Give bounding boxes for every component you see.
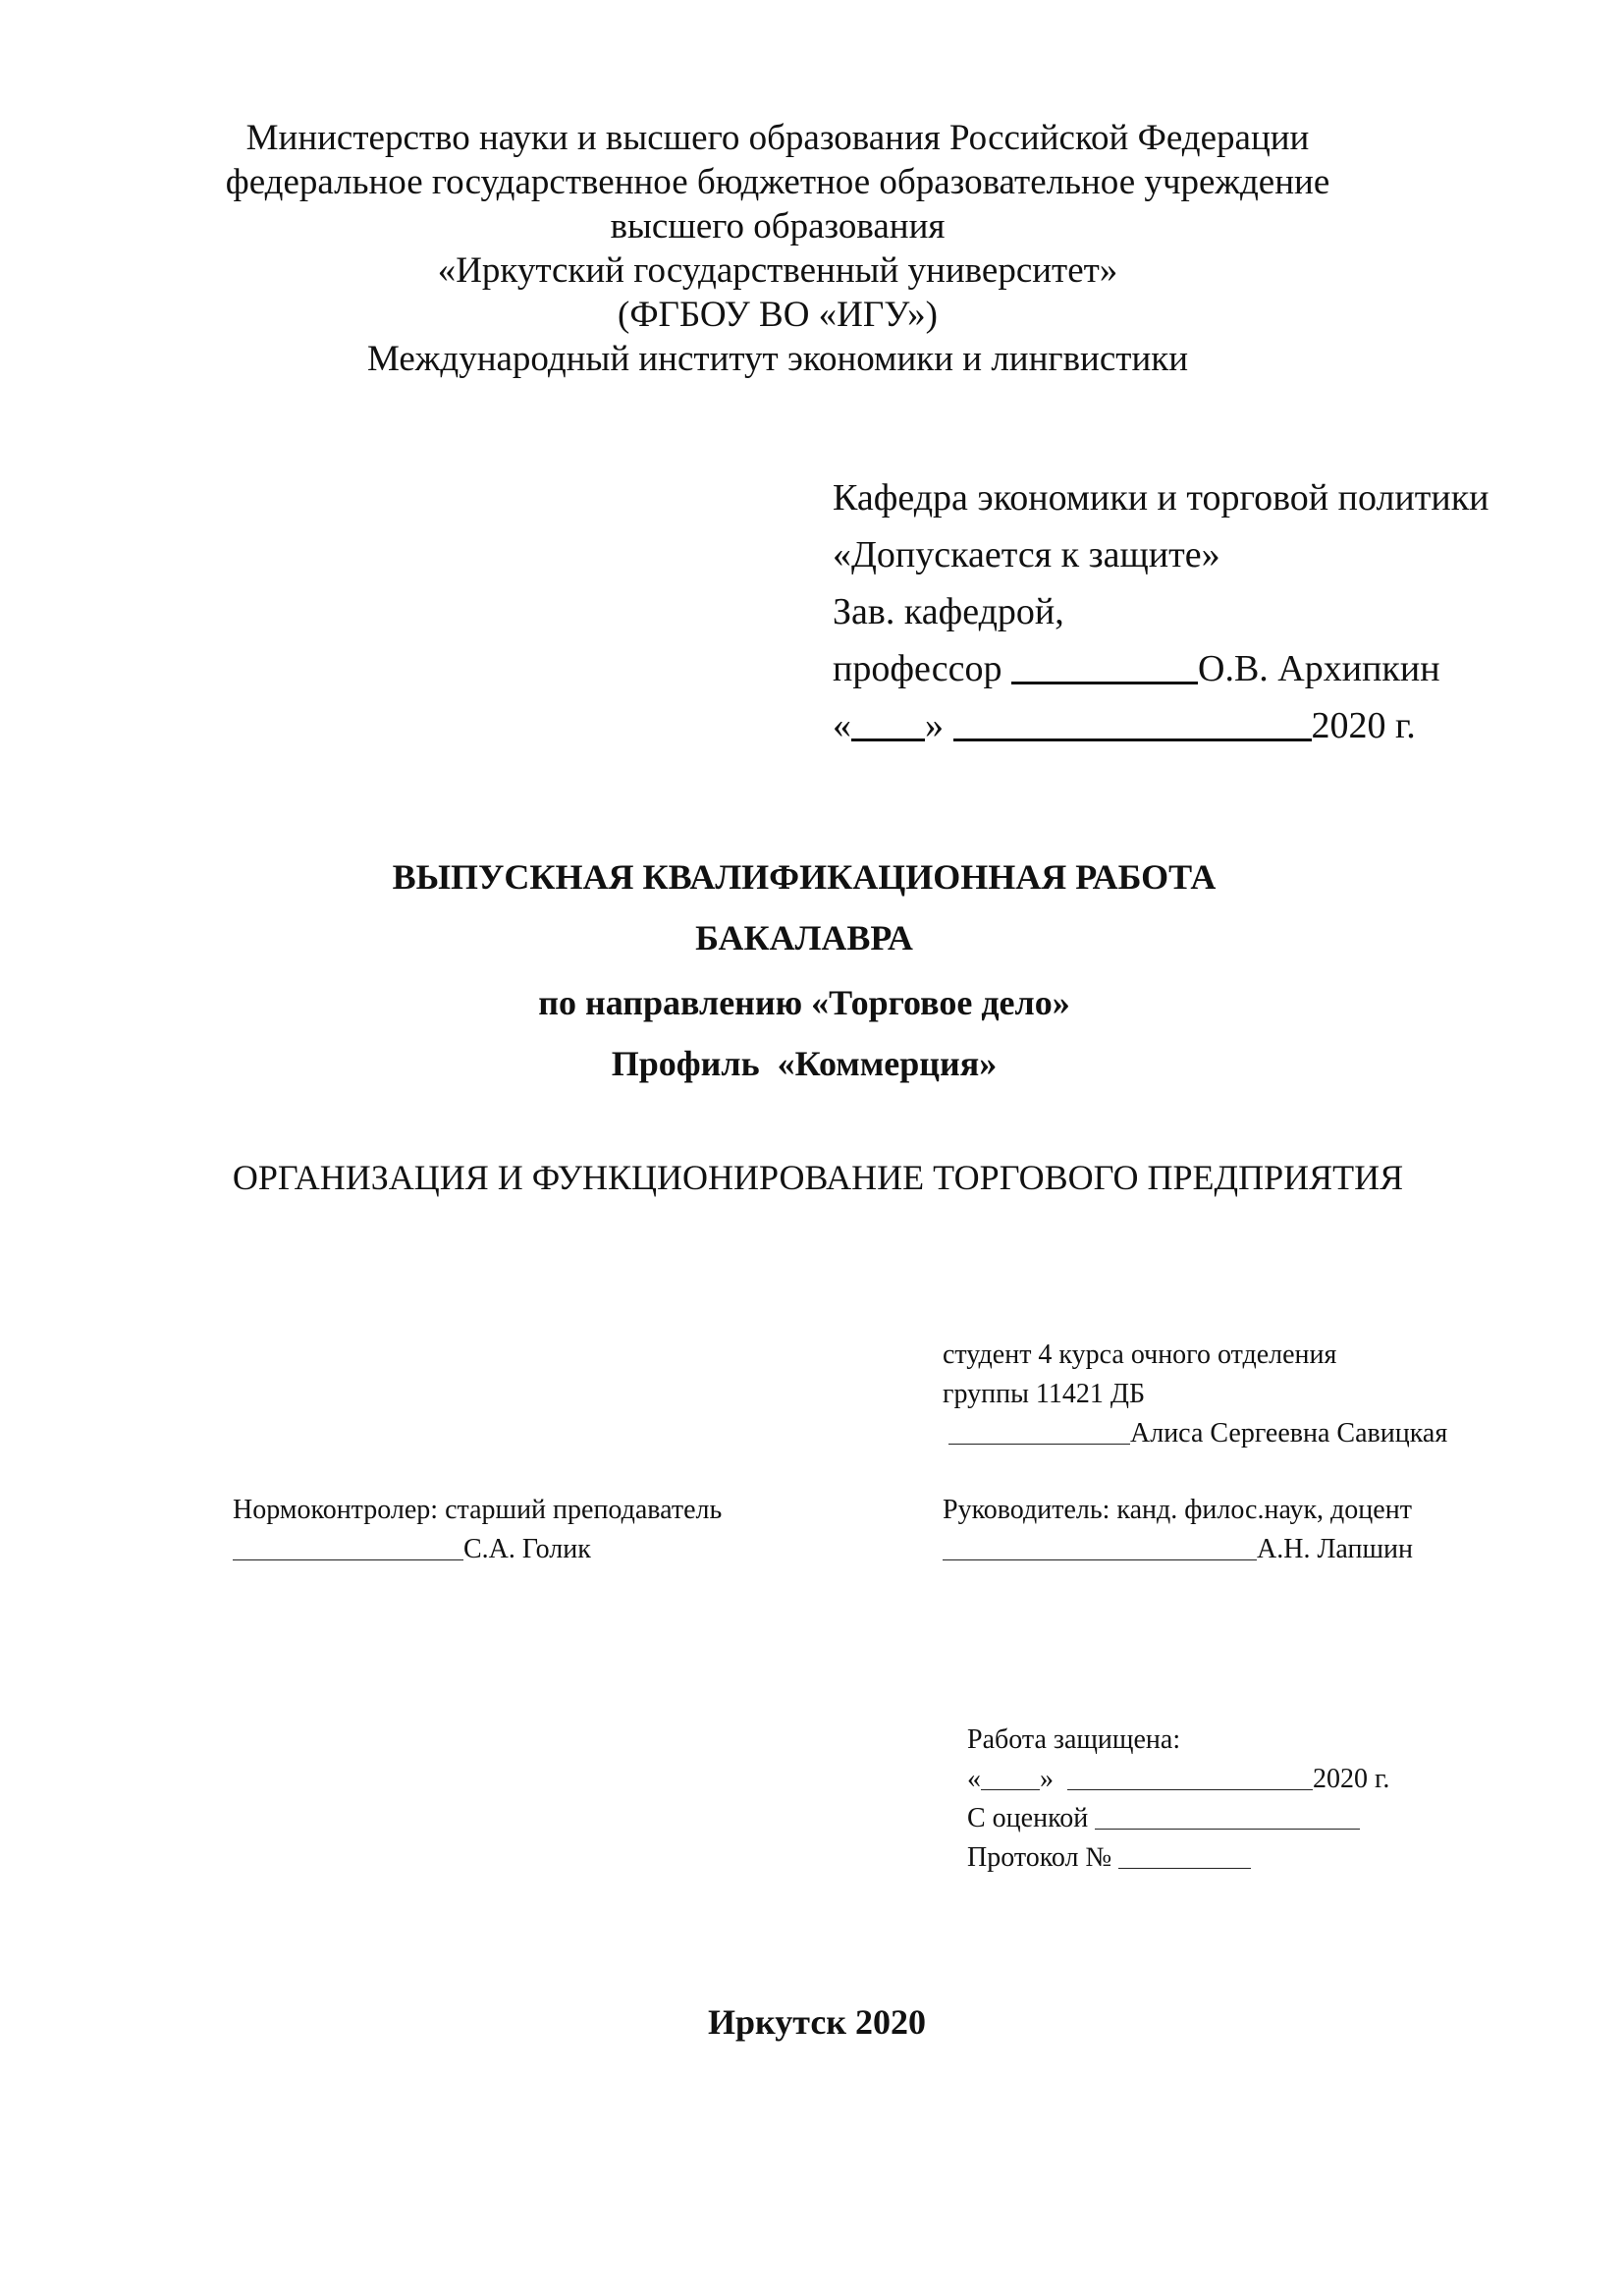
- head-signature-line: профессор О.В. Архипкин: [833, 640, 1489, 697]
- normcontroller-name: С.А. Голик: [463, 1534, 591, 1564]
- admitted-to-defense: «Допускается к защите»: [833, 526, 1489, 583]
- signature-blank: [1011, 652, 1198, 684]
- signature-blank: [233, 1538, 463, 1560]
- month-blank: [1067, 1768, 1313, 1790]
- supervisor-signature-line: А.Н. Лапшин: [943, 1530, 1413, 1569]
- header-line-university: «Иркутский государственный университет»: [0, 248, 1590, 293]
- supervisor-label: Руководитель: канд. филос.наук, доцент: [943, 1491, 1412, 1530]
- month-blank: [953, 709, 1312, 741]
- day-blank: [981, 1768, 1040, 1790]
- degree-title: БАКАЛАВРА: [0, 917, 1616, 958]
- header-line-higher-education: высшего образования: [0, 204, 1590, 248]
- head-name: О.В. Архипкин: [1198, 648, 1440, 689]
- student-course: студент 4 курса очного отделения: [943, 1336, 1336, 1375]
- header-line-federal-institution: федеральное государственное бюджетное об…: [0, 160, 1590, 204]
- protocol-line: Протокол №: [967, 1838, 1251, 1878]
- defense-label: Работа защищена:: [967, 1721, 1180, 1760]
- direction-title: по направлению «Торговое дело»: [0, 982, 1616, 1023]
- header-line-ministry: Министерство науки и высшего образования…: [0, 116, 1590, 160]
- student-name: Алиса Сергеевна Савицкая: [1130, 1418, 1447, 1449]
- head-position: профессор: [833, 648, 1002, 689]
- protocol-label: Протокол №: [967, 1842, 1111, 1873]
- signature-blank: [948, 1422, 1130, 1445]
- quote-open: «: [967, 1764, 981, 1794]
- thesis-topic: ОРГАНИЗАЦИЯ И ФУНКЦИОНИРОВАНИЕ ТОРГОВОГО…: [6, 1157, 1624, 1198]
- protocol-blank: [1118, 1846, 1251, 1869]
- head-of-department-label: Зав. кафедрой,: [833, 583, 1489, 640]
- approval-block: Кафедра экономики и торговой политики «Д…: [833, 469, 1489, 754]
- approval-year: 2020 г.: [1312, 705, 1416, 746]
- defense-date-line: «» 2020 г.: [967, 1760, 1389, 1799]
- approval-date-line: «» 2020 г.: [833, 697, 1489, 754]
- defense-year: 2020 г.: [1313, 1764, 1389, 1794]
- normcontroller-signature-line: С.А. Голик: [233, 1530, 591, 1569]
- normcontroller-label: Нормоконтролер: старший преподаватель: [233, 1491, 722, 1530]
- grade-blank: [1095, 1807, 1360, 1830]
- signature-blank: [943, 1538, 1257, 1560]
- header-line-institute: Международный институт экономики и лингв…: [0, 337, 1590, 381]
- ministry-header: Министерство науки и высшего образования…: [0, 116, 1590, 381]
- supervisor-name: А.Н. Лапшин: [1257, 1534, 1413, 1564]
- day-blank: [851, 709, 925, 741]
- work-type-title: ВЫПУСКНАЯ КВАЛИФИКАЦИОННАЯ РАБОТА: [0, 856, 1616, 898]
- quote-close: »: [1040, 1764, 1054, 1794]
- grade-label: С оценкой: [967, 1803, 1088, 1833]
- city-year: Иркутск 2020: [5, 2001, 1624, 2043]
- quote-open: «: [833, 705, 851, 746]
- student-group: группы 11421 ДБ: [943, 1375, 1145, 1414]
- header-line-abbreviation: (ФГБОУ ВО «ИГУ»): [0, 293, 1590, 337]
- quote-close: »: [925, 705, 944, 746]
- profile-title: Профиль «Коммерция»: [0, 1043, 1616, 1084]
- student-signature-line: Алиса Сергеевна Савицкая: [948, 1414, 1447, 1453]
- grade-line: С оценкой: [967, 1799, 1360, 1838]
- department-name: Кафедра экономики и торговой политики: [833, 469, 1489, 526]
